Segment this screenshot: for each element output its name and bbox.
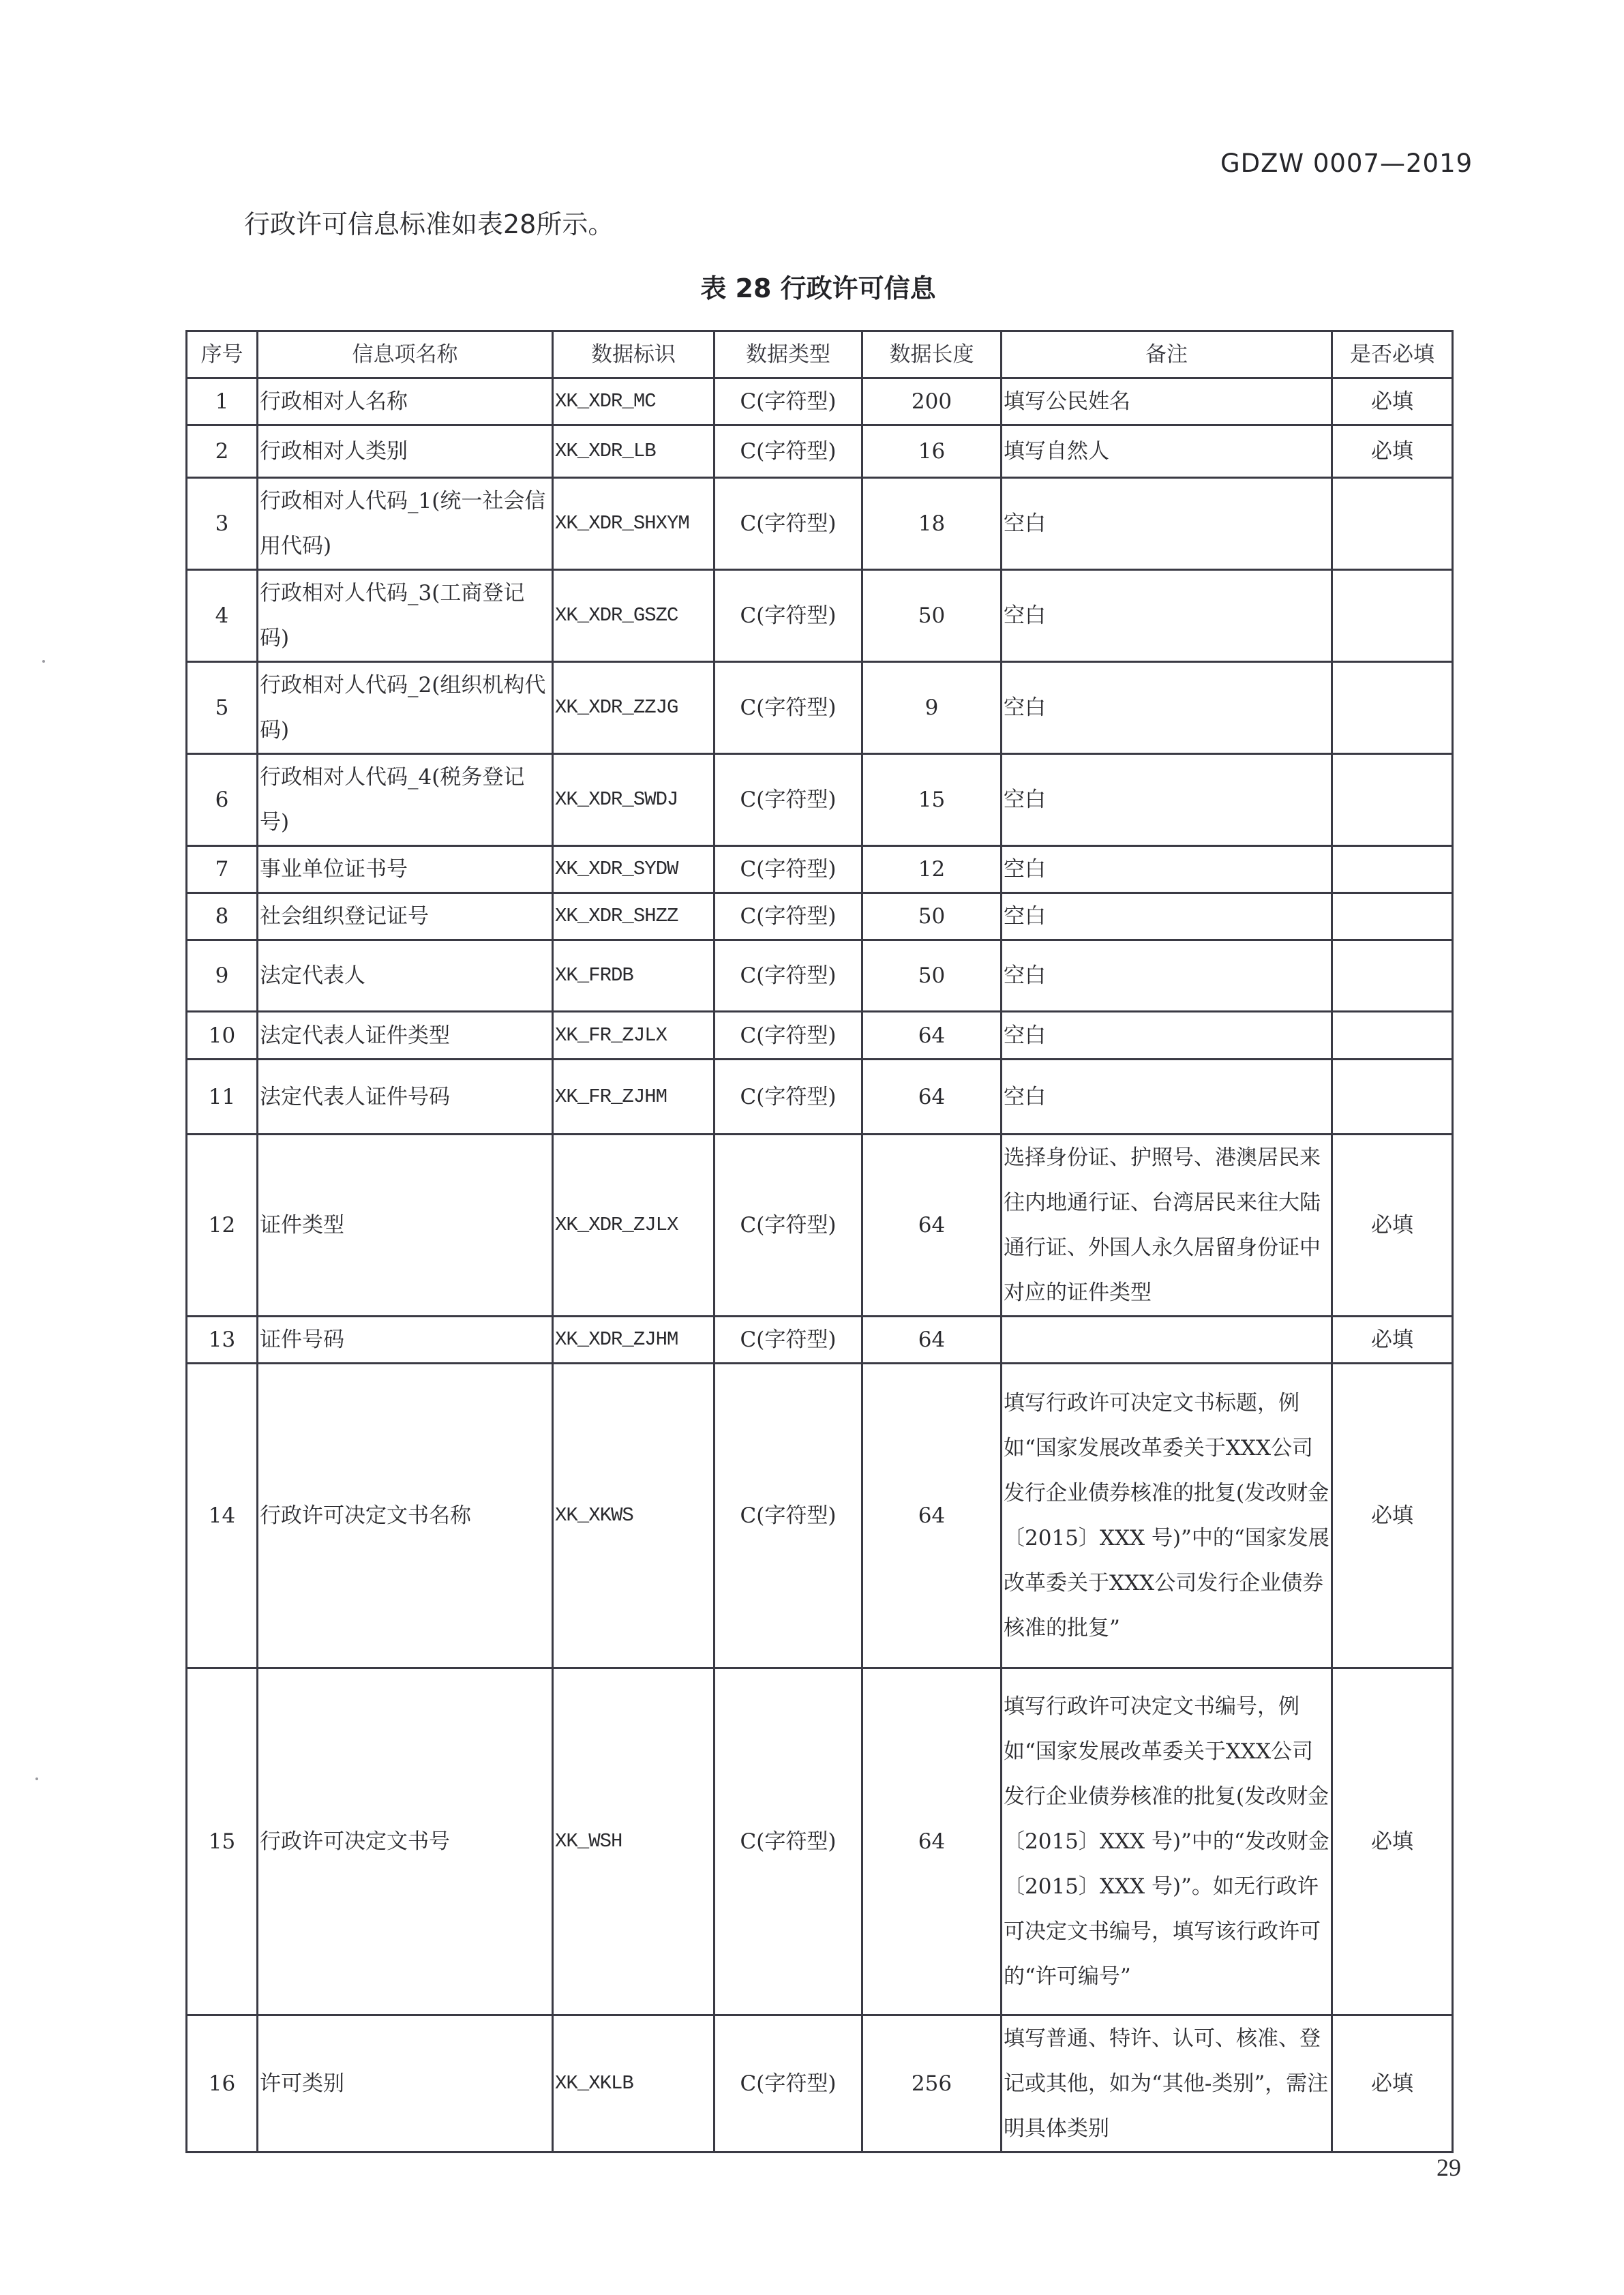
cell-id: XK_XDR_GSZC	[553, 570, 715, 662]
cell-required: 必填	[1332, 425, 1453, 478]
table-row: 14 行政许可决定文书名称 XK_XKWS C(字符型) 64 填写行政许可决定…	[187, 1364, 1453, 1668]
cell-note	[1002, 1317, 1332, 1364]
cell-length: 64	[862, 1364, 1002, 1668]
cell-note: 填写自然人	[1002, 425, 1332, 478]
cell-id: XK_XDR_LB	[553, 425, 715, 478]
column-header-required: 是否必填	[1332, 331, 1453, 378]
cell-type: C(字符型)	[715, 1060, 862, 1135]
cell-note: 空白	[1002, 478, 1332, 570]
cell-id: XK_XDR_SWDJ	[553, 754, 715, 846]
table-row: 13 证件号码 XK_XDR_ZJHM C(字符型) 64 必填	[187, 1317, 1453, 1364]
cell-type: C(字符型)	[715, 1364, 862, 1668]
cell-required	[1332, 478, 1453, 570]
table-row: 10 法定代表人证件类型 XK_FR_ZJLX C(字符型) 64 空白	[187, 1012, 1453, 1060]
cell-no: 9	[187, 940, 258, 1012]
cell-type: C(字符型)	[715, 846, 862, 893]
cell-no: 14	[187, 1364, 258, 1668]
cell-id: XK_WSH	[553, 1668, 715, 2015]
table-row: 4 行政相对人代码_3(工商登记码) XK_XDR_GSZC C(字符型) 50…	[187, 570, 1453, 662]
cell-type: C(字符型)	[715, 893, 862, 940]
cell-type: C(字符型)	[715, 1135, 862, 1317]
cell-type: C(字符型)	[715, 2015, 862, 2152]
cell-length: 16	[862, 425, 1002, 478]
cell-no: 16	[187, 2015, 258, 2152]
cell-name: 行政相对人名称	[258, 378, 553, 425]
cell-note: 空白	[1002, 846, 1332, 893]
administrative-license-table: 序号 信息项名称 数据标识 数据类型 数据长度 备注 是否必填 1 行政相对人名…	[185, 330, 1454, 2153]
cell-note: 空白	[1002, 754, 1332, 846]
cell-length: 64	[862, 1012, 1002, 1060]
column-header-no: 序号	[187, 331, 258, 378]
cell-required: 必填	[1332, 2015, 1453, 2152]
cell-length: 18	[862, 478, 1002, 570]
cell-required	[1332, 940, 1453, 1012]
cell-note: 空白	[1002, 662, 1332, 754]
column-header-name: 信息项名称	[258, 331, 553, 378]
cell-name: 事业单位证书号	[258, 846, 553, 893]
cell-type: C(字符型)	[715, 1317, 862, 1364]
cell-required: 必填	[1332, 1364, 1453, 1668]
table-row: 5 行政相对人代码_2(组织机构代码) XK_XDR_ZZJG C(字符型) 9…	[187, 662, 1453, 754]
cell-name: 社会组织登记证号	[258, 893, 553, 940]
cell-note: 选择身份证、护照号、港澳居民来往内地通行证、台湾居民来往大陆通行证、外国人永久居…	[1002, 1135, 1332, 1317]
document-code: GDZW 0007—2019	[1220, 149, 1473, 178]
cell-name: 行政相对人类别	[258, 425, 553, 478]
table-header-row: 序号 信息项名称 数据标识 数据类型 数据长度 备注 是否必填	[187, 331, 1453, 378]
cell-name: 行政相对人代码_1(统一社会信用代码)	[258, 478, 553, 570]
cell-id: XK_XDR_MC	[553, 378, 715, 425]
cell-no: 8	[187, 893, 258, 940]
cell-name: 行政相对人代码_3(工商登记码)	[258, 570, 553, 662]
cell-type: C(字符型)	[715, 754, 862, 846]
cell-id: XK_XDR_SYDW	[553, 846, 715, 893]
cell-length: 50	[862, 893, 1002, 940]
cell-required: 必填	[1332, 378, 1453, 425]
cell-no: 1	[187, 378, 258, 425]
table-caption: 表 28 行政许可信息	[0, 267, 1624, 305]
cell-no: 2	[187, 425, 258, 478]
column-header-length: 数据长度	[862, 331, 1002, 378]
cell-id: XK_FR_ZJLX	[553, 1012, 715, 1060]
page-number: 29	[1437, 2153, 1461, 2182]
cell-name: 行政许可决定文书号	[258, 1668, 553, 2015]
cell-note: 填写普通、特许、认可、核准、登记或其他，如为“其他-类别”，需注明具体类别	[1002, 2015, 1332, 2152]
cell-name: 许可类别	[258, 2015, 553, 2152]
cell-required	[1332, 893, 1453, 940]
cell-required	[1332, 754, 1453, 846]
column-header-note: 备注	[1002, 331, 1332, 378]
table-row: 7 事业单位证书号 XK_XDR_SYDW C(字符型) 12 空白	[187, 846, 1453, 893]
table-row: 6 行政相对人代码_4(税务登记号) XK_XDR_SWDJ C(字符型) 15…	[187, 754, 1453, 846]
cell-note: 空白	[1002, 1012, 1332, 1060]
cell-note: 填写行政许可决定文书编号，例如“国家发展改革委关于XXX公司发行企业债券核准的批…	[1002, 1668, 1332, 2015]
cell-length: 12	[862, 846, 1002, 893]
cell-length: 64	[862, 1317, 1002, 1364]
scan-dot	[42, 660, 45, 663]
cell-required: 必填	[1332, 1317, 1453, 1364]
cell-id: XK_FRDB	[553, 940, 715, 1012]
cell-required	[1332, 662, 1453, 754]
cell-note: 空白	[1002, 570, 1332, 662]
cell-note: 填写行政许可决定文书标题，例如“国家发展改革委关于XXX公司发行企业债券核准的批…	[1002, 1364, 1332, 1668]
intro-paragraph: 行政许可信息标准如表28所示。	[244, 203, 614, 241]
cell-name: 行政相对人代码_4(税务登记号)	[258, 754, 553, 846]
cell-length: 64	[862, 1060, 1002, 1135]
cell-length: 15	[862, 754, 1002, 846]
cell-type: C(字符型)	[715, 378, 862, 425]
cell-no: 5	[187, 662, 258, 754]
column-header-type: 数据类型	[715, 331, 862, 378]
table-row: 11 法定代表人证件号码 XK_FR_ZJHM C(字符型) 64 空白	[187, 1060, 1453, 1135]
cell-note: 填写公民姓名	[1002, 378, 1332, 425]
cell-type: C(字符型)	[715, 940, 862, 1012]
column-header-id: 数据标识	[553, 331, 715, 378]
cell-no: 11	[187, 1060, 258, 1135]
cell-id: XK_XDR_ZJLX	[553, 1135, 715, 1317]
cell-name: 行政许可决定文书名称	[258, 1364, 553, 1668]
cell-length: 50	[862, 940, 1002, 1012]
cell-no: 15	[187, 1668, 258, 2015]
cell-note: 空白	[1002, 940, 1332, 1012]
table-row: 16 许可类别 XK_XKLB C(字符型) 256 填写普通、特许、认可、核准…	[187, 2015, 1453, 2152]
cell-name: 行政相对人代码_2(组织机构代码)	[258, 662, 553, 754]
cell-type: C(字符型)	[715, 570, 862, 662]
cell-length: 256	[862, 2015, 1002, 2152]
cell-no: 6	[187, 754, 258, 846]
cell-id: XK_XKWS	[553, 1364, 715, 1668]
cell-length: 50	[862, 570, 1002, 662]
cell-no: 7	[187, 846, 258, 893]
cell-length: 200	[862, 378, 1002, 425]
cell-type: C(字符型)	[715, 1668, 862, 2015]
cell-required	[1332, 1012, 1453, 1060]
cell-required	[1332, 570, 1453, 662]
cell-id: XK_FR_ZJHM	[553, 1060, 715, 1135]
cell-id: XK_XDR_ZZJG	[553, 662, 715, 754]
table-row: 2 行政相对人类别 XK_XDR_LB C(字符型) 16 填写自然人 必填	[187, 425, 1453, 478]
cell-length: 64	[862, 1668, 1002, 2015]
cell-name: 证件类型	[258, 1135, 553, 1317]
cell-name: 法定代表人	[258, 940, 553, 1012]
cell-length: 9	[862, 662, 1002, 754]
table-row: 12 证件类型 XK_XDR_ZJLX C(字符型) 64 选择身份证、护照号、…	[187, 1135, 1453, 1317]
cell-name: 法定代表人证件类型	[258, 1012, 553, 1060]
cell-type: C(字符型)	[715, 425, 862, 478]
table-row: 8 社会组织登记证号 XK_XDR_SHZZ C(字符型) 50 空白	[187, 893, 1453, 940]
cell-name: 证件号码	[258, 1317, 553, 1364]
table-row: 9 法定代表人 XK_FRDB C(字符型) 50 空白	[187, 940, 1453, 1012]
cell-no: 13	[187, 1317, 258, 1364]
cell-id: XK_XKLB	[553, 2015, 715, 2152]
cell-no: 12	[187, 1135, 258, 1317]
cell-required: 必填	[1332, 1135, 1453, 1317]
cell-length: 64	[862, 1135, 1002, 1317]
cell-required	[1332, 846, 1453, 893]
scan-dot	[35, 1777, 38, 1780]
cell-note: 空白	[1002, 1060, 1332, 1135]
cell-id: XK_XDR_SHXYM	[553, 478, 715, 570]
table-row: 15 行政许可决定文书号 XK_WSH C(字符型) 64 填写行政许可决定文书…	[187, 1668, 1453, 2015]
cell-type: C(字符型)	[715, 1012, 862, 1060]
cell-note: 空白	[1002, 893, 1332, 940]
cell-no: 10	[187, 1012, 258, 1060]
cell-no: 4	[187, 570, 258, 662]
cell-type: C(字符型)	[715, 662, 862, 754]
cell-required: 必填	[1332, 1668, 1453, 2015]
cell-id: XK_XDR_SHZZ	[553, 893, 715, 940]
cell-required	[1332, 1060, 1453, 1135]
cell-id: XK_XDR_ZJHM	[553, 1317, 715, 1364]
table-row: 3 行政相对人代码_1(统一社会信用代码) XK_XDR_SHXYM C(字符型…	[187, 478, 1453, 570]
table-row: 1 行政相对人名称 XK_XDR_MC C(字符型) 200 填写公民姓名 必填	[187, 378, 1453, 425]
cell-name: 法定代表人证件号码	[258, 1060, 553, 1135]
cell-no: 3	[187, 478, 258, 570]
cell-type: C(字符型)	[715, 478, 862, 570]
